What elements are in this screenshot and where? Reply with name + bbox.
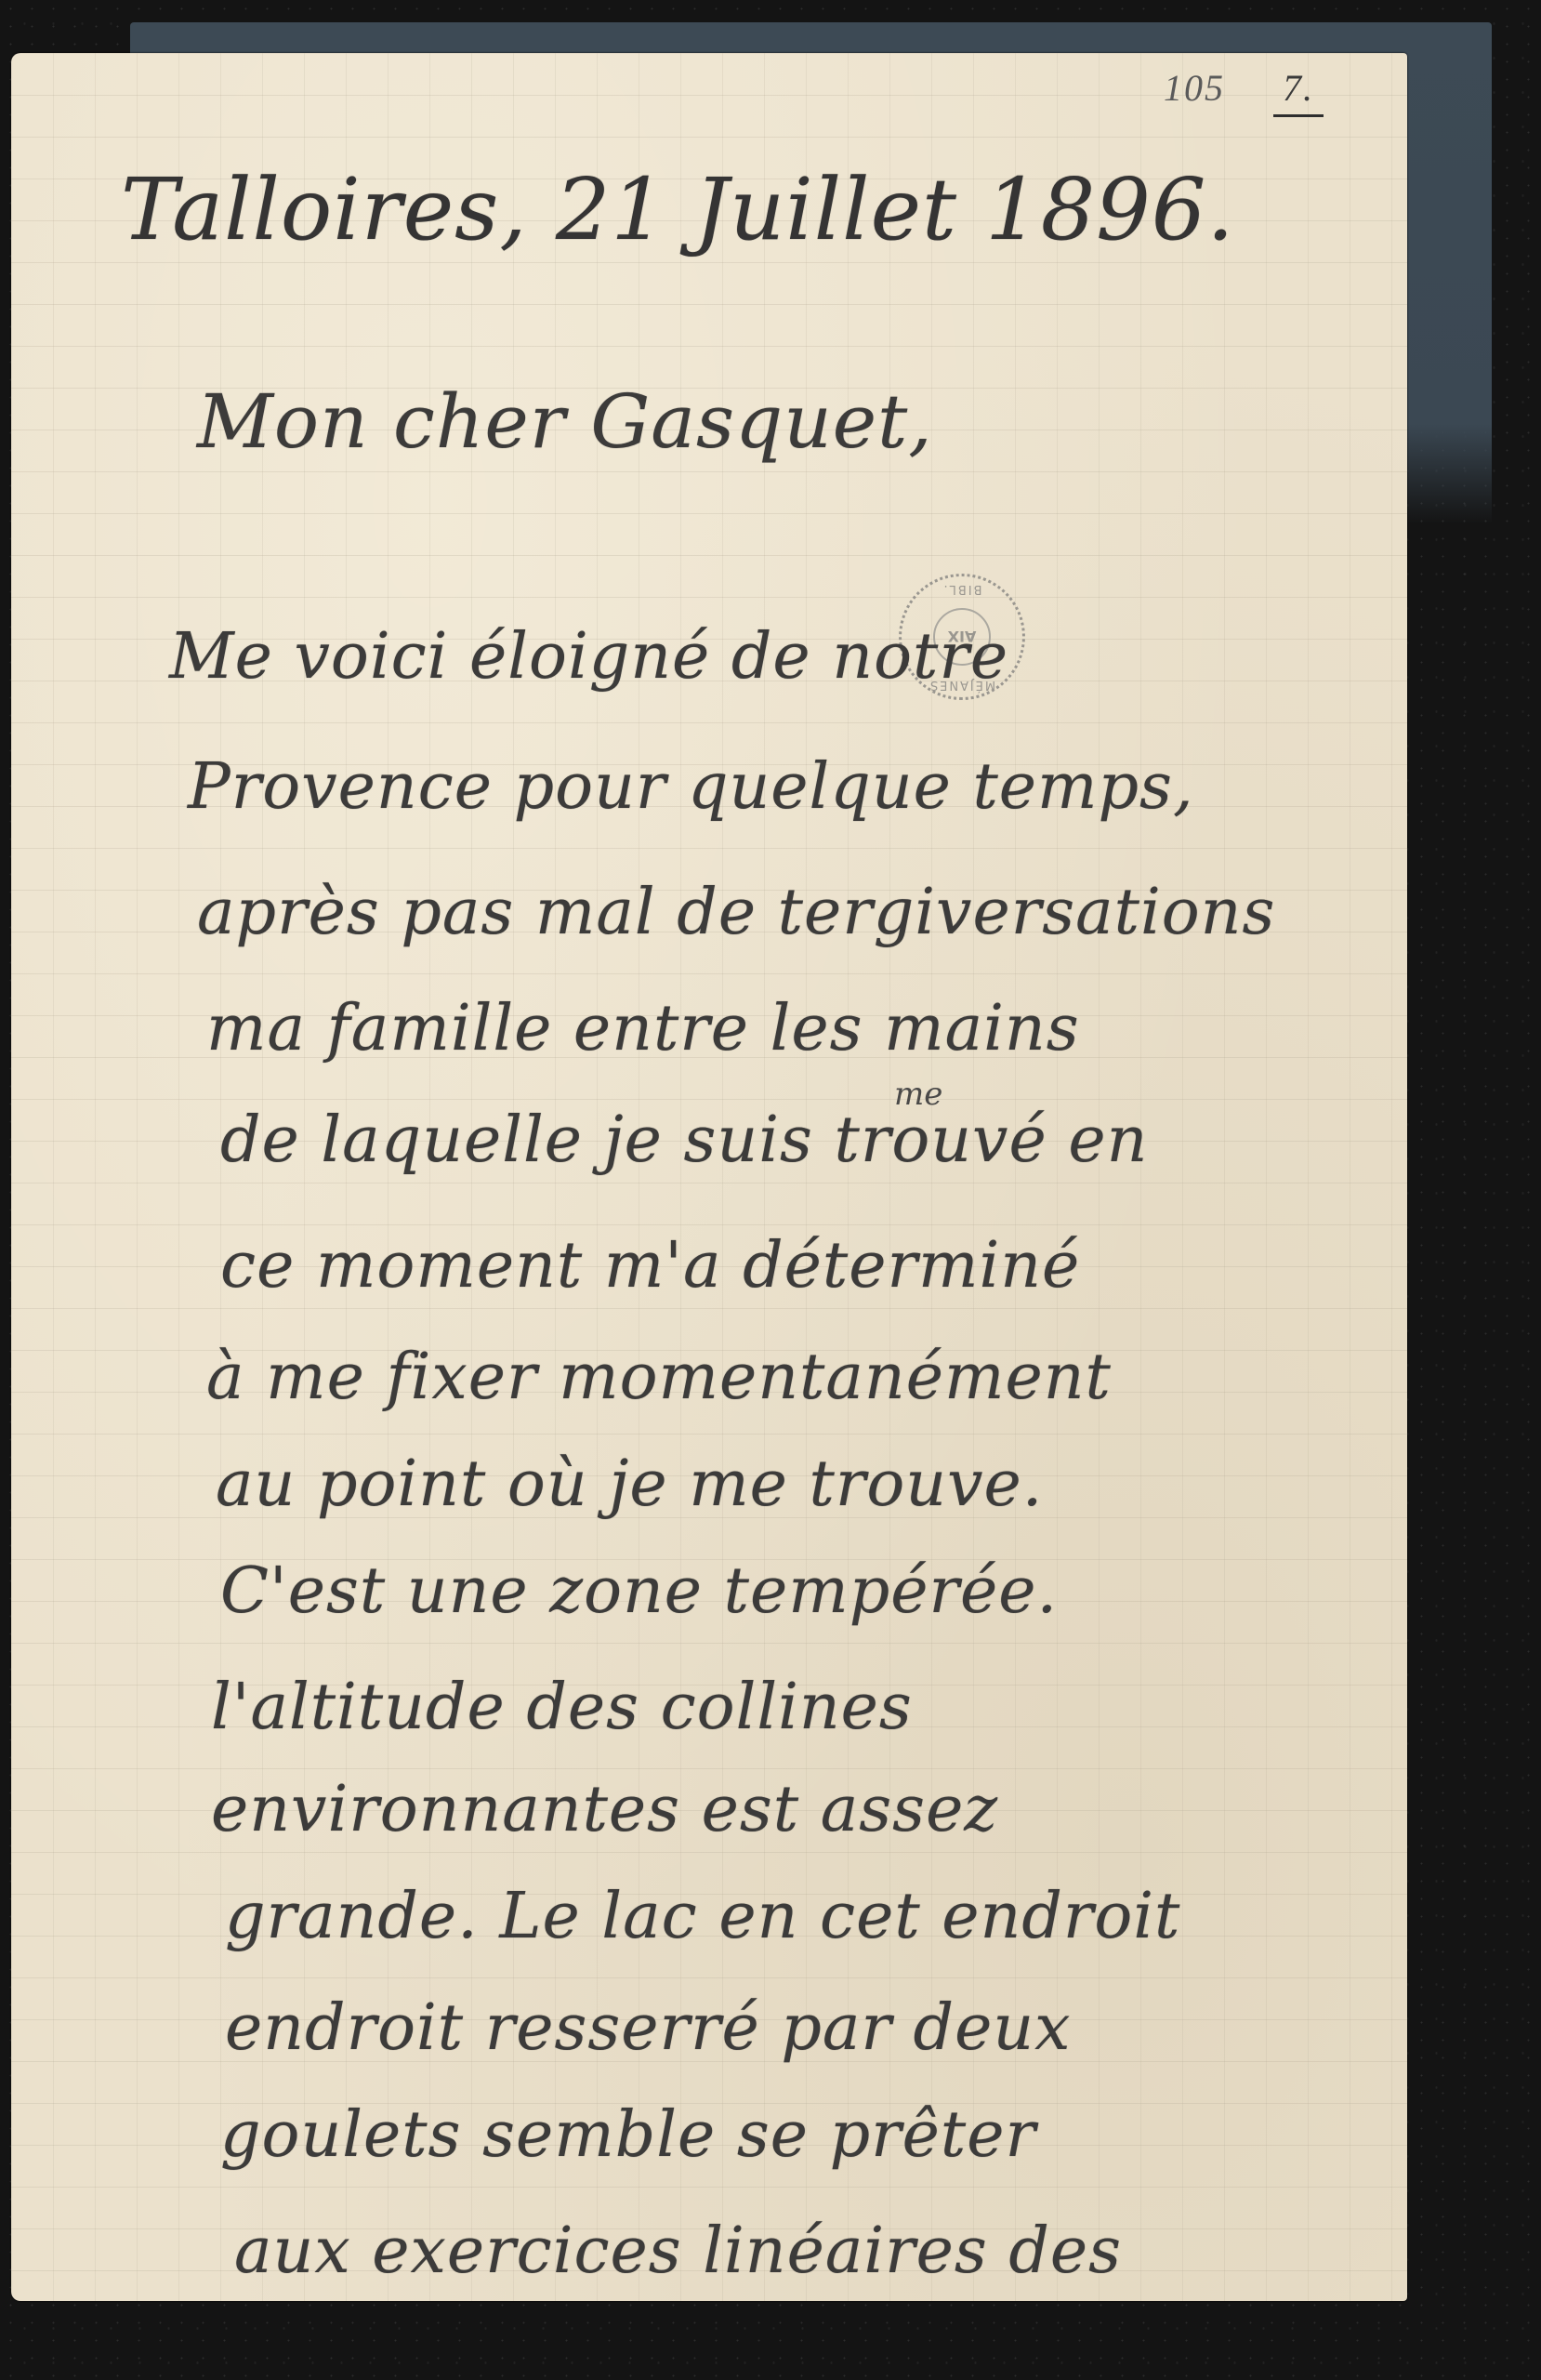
letter-line: l'altitude des collines [211,1671,913,1744]
letter-line: aux exercices linéaires des [234,2215,1122,2288]
stamp-ring-bottom: BIBL. [902,582,1022,596]
letter-line: de laquelle je suis trouvé en [220,1104,1148,1177]
folio-number: 105 7. [1164,66,1324,110]
letter-line: environnantes est assez [211,1773,998,1846]
letter-line: après pas mal de tergiversations [197,876,1275,949]
folio-ink-number: 7. [1273,67,1324,117]
letter-line: ce moment m'a déterminé [220,1229,1080,1302]
letter-line: Me voici éloigné de notre [169,620,1008,694]
letter-line: Provence pour quelque temps, [188,750,1194,824]
dateline: Talloires, 21 Juillet 1896. [121,160,1235,259]
letter-line: à me fixer momentanément [206,1341,1112,1414]
letter-page: 105 7. Talloires, 21 Juillet 1896. Mon c… [11,53,1407,2301]
salutation: Mon cher Gasquet, [197,378,933,465]
letter-line: au point où je me trouve. [216,1448,1043,1521]
letter-line: goulets semble se prêter [220,2098,1036,2172]
letter-line: ma famille entre les mains [206,992,1080,1065]
letter-line: endroit resserré par deux [225,1991,1071,2065]
letter-line: grande. Le lac en cet endroit [225,1880,1180,1953]
letter-line: C'est une zone tempérée. [220,1554,1058,1628]
folio-pencil-number: 105 [1164,67,1225,109]
